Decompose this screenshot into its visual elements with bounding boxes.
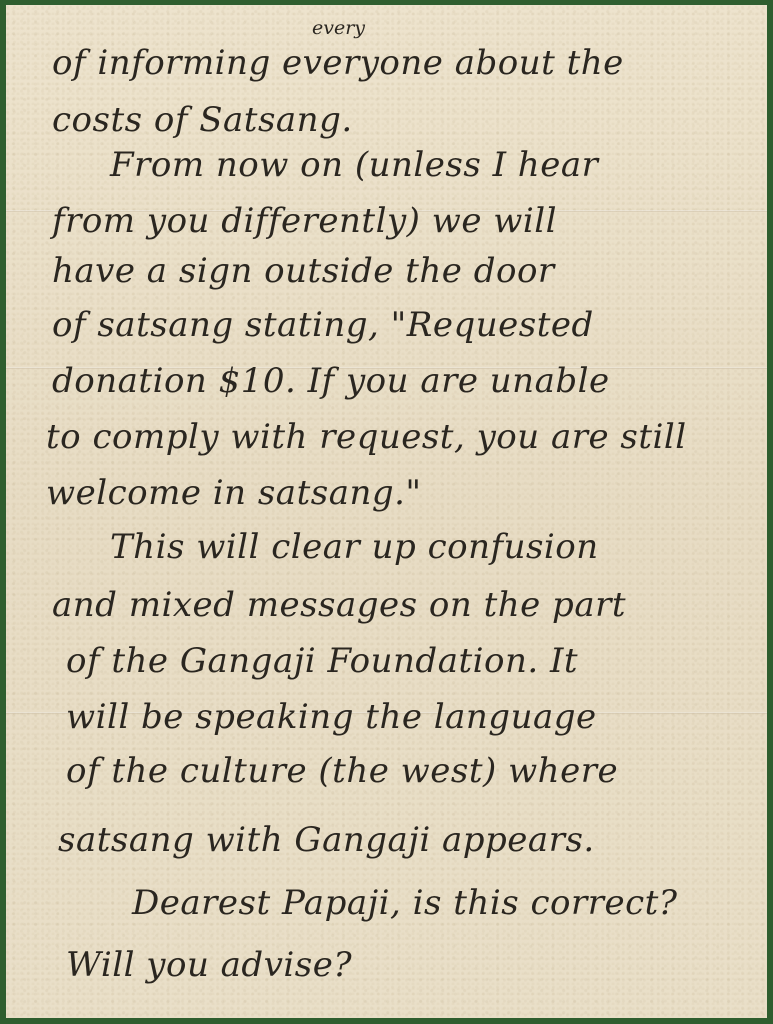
- letter-line: will be speaking the language: [66, 697, 597, 737]
- letter-line: donation $10. If you are unable: [52, 361, 610, 401]
- letter-line: of informing everyone about the: [52, 43, 624, 83]
- letter-line: costs of Satsang.: [52, 100, 353, 140]
- letter-line: Will you advise?: [66, 945, 352, 985]
- letter-line: From now on (unless I hear: [110, 145, 598, 185]
- letter-line: and mixed messages on the part: [52, 585, 626, 625]
- letter-line: welcome in satsang.": [46, 473, 422, 513]
- letter-line: of the Gangaji Foundation. It: [66, 641, 578, 681]
- letter-line: to comply with request, you are still: [46, 417, 687, 457]
- letter-page: every of informing everyone about the co…: [6, 5, 767, 1018]
- letter-line: from you differently) we will: [52, 201, 557, 241]
- letter-line: of the culture (the west) where: [66, 751, 618, 791]
- letter-line: have a sign outside the door: [52, 251, 555, 291]
- letter-line: Dearest Papaji, is this correct?: [132, 883, 678, 923]
- insertion-mark: every: [312, 17, 365, 39]
- letter-line: of satsang stating, "Requested: [52, 305, 594, 345]
- letter-line: This will clear up confusion: [110, 527, 599, 567]
- letter-line: satsang with Gangaji appears.: [58, 820, 595, 860]
- document-border: every of informing everyone about the co…: [0, 0, 773, 1024]
